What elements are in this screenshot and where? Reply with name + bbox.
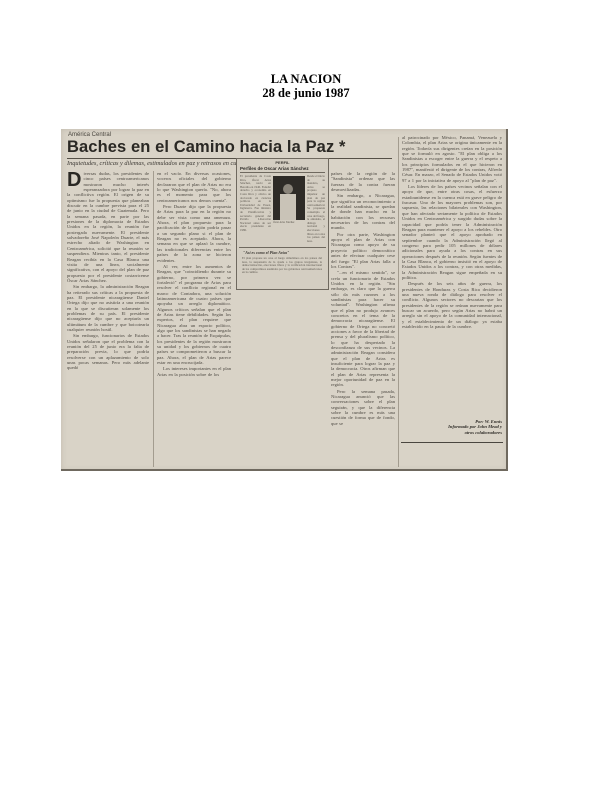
drop-cap: D [67, 172, 81, 188]
portrait-photo [273, 176, 305, 220]
paragraph: Sin embargo, funcionarios de Estados Uni… [67, 333, 149, 370]
inset-title: Perfiles de Oscar Arias Sánchez [240, 166, 309, 171]
headline-rule [67, 158, 392, 159]
article-column-3: países de la región de la "Sandinista" o… [331, 171, 395, 469]
inset-tag: PERFIL [237, 160, 328, 165]
clipping-edge [506, 129, 508, 471]
paragraph: Sin embargo, a Nicaragua, que significa … [331, 193, 395, 230]
profile-inset-box: PERFIL Perfiles de Oscar Arias Sánchez E… [236, 158, 329, 290]
paragraph: en el vacío. En diversas ocasiones, voce… [157, 171, 231, 203]
byline-credit-2: otros colaboradores [426, 430, 502, 435]
inset-text-left: El presidente de Costa Rica, Óscar Arias… [240, 175, 271, 245]
plan-arias-box: "Así es como el Plan Arias" El plan prop… [239, 247, 326, 286]
paragraph: Sin embargo, la administración Reagan ha… [67, 284, 149, 332]
plan-arias-title: "Así es como el Plan Arias" [243, 250, 289, 255]
article-headline: Baches en el Camino hacia la Paz * [67, 138, 346, 157]
byline-rule [401, 442, 503, 443]
paragraph: Los líderes de los países vecinos señala… [402, 184, 502, 280]
article-column-1: D iversas dudas, los presidentes de cinc… [67, 171, 149, 469]
column-divider [398, 137, 399, 467]
paragraph: Los intereses importantes en el plan Ari… [157, 366, 231, 377]
inset-rule [240, 172, 325, 173]
paragraph: Por otra parte, Washington apoya el plan… [331, 232, 395, 269]
publication-date: 28 de junio 1987 [0, 86, 612, 100]
newspaper-clipping: América Central Baches en el Camino haci… [61, 129, 508, 471]
photo-caption: Óscar Arias Sánchez [273, 221, 305, 224]
paragraph: Pero Duarte dijo que la propuesta de Ari… [157, 204, 231, 263]
article-column-2: en el vacío. En diversas ocasiones, voce… [157, 171, 231, 469]
photo-head [283, 184, 293, 194]
paragraph: Al ver, entre los aumentos de Reagan, qu… [157, 264, 231, 366]
column-divider [153, 171, 154, 467]
photo-robe [280, 194, 296, 220]
plan-arias-text: El plan propone un cese al fuego simultá… [242, 257, 322, 284]
paragraph: Después de los seis años de guerra, los … [402, 281, 502, 329]
paragraph: países de la región de la "Sandinista" o… [331, 171, 395, 192]
inset-text-right: Desde el inicio de su mandato, Arias se … [307, 175, 325, 245]
paragraph: al patrocinado por México, Panamá, Venez… [402, 135, 502, 183]
publication-name: LA NACION [0, 72, 612, 86]
paragraph: "...en el mismo sentido", se creía un fu… [331, 270, 395, 388]
clipping-bottom-edge [61, 469, 508, 471]
article-column-4: al patrocinado por México, Panamá, Venez… [402, 135, 502, 415]
byline: Por: W. Ennis Informado por John Mead y … [426, 419, 502, 435]
paragraph: Pero la semana pasada, Nicaragua anunció… [331, 389, 395, 426]
page-header: LA NACION 28 de junio 1987 [0, 72, 612, 100]
